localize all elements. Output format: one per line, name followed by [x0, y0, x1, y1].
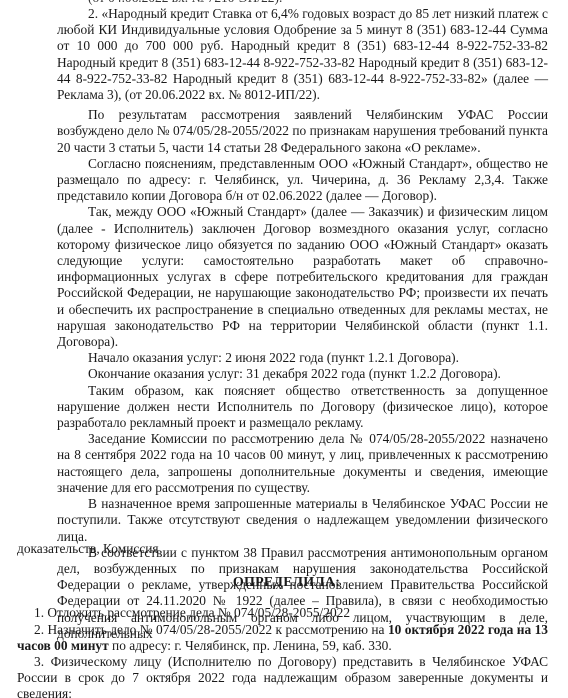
- decision-heading: ОПРЕДЕЛИЛА:: [17, 575, 548, 591]
- continuation-text: доказательств, Комиссия: [17, 541, 548, 557]
- decision-item-3: 3. Физическому лицу (Исполнителю по Дого…: [17, 654, 548, 698]
- paragraph-service-start: Начало оказания услуг: 2 июня 2022 года …: [57, 350, 548, 366]
- document-body-bottom: доказательств, Комиссия ОПРЕДЕЛИЛА: 1. О…: [17, 541, 548, 698]
- paragraph-advertisement-3: 2. «Народный кредит Ставка от 6,4% годов…: [57, 6, 548, 103]
- paragraph-contract-terms: Так, между ООО «Южный Стандарт» (далее —…: [57, 204, 548, 350]
- paragraph-case-initiated: По результатам рассмотрения заявлений Че…: [57, 107, 548, 156]
- decision-item-2-post: по адресу: г. Челябинск, пр. Ленина, 59,…: [109, 638, 392, 653]
- paragraph-commission-meeting: Заседание Комиссии по рассмотрению дела …: [57, 431, 548, 496]
- decision-item-2: 2. Назначить дело № 074/05/28-2055/2022 …: [17, 622, 548, 654]
- paragraph-service-end: Окончание оказания услуг: 31 декабря 202…: [57, 366, 548, 382]
- paragraph-company-explanation: Согласно пояснениям, представленным ООО …: [57, 156, 548, 205]
- document-page: (от 04.06.2022 вх. № 7210-ЭП/22). 2. «На…: [0, 0, 568, 698]
- paragraph-responsibility: Таким образом, как поясняет общество отв…: [57, 383, 548, 432]
- paragraph-materials-not-received: В назначенное время запрошенные материал…: [57, 496, 548, 545]
- decision-item-2-pre: 2. Назначить дело № 074/05/28-2055/2022 …: [34, 622, 388, 637]
- decision-item-1: 1. Отложить рассмотрение дела № 074/05/2…: [17, 605, 548, 621]
